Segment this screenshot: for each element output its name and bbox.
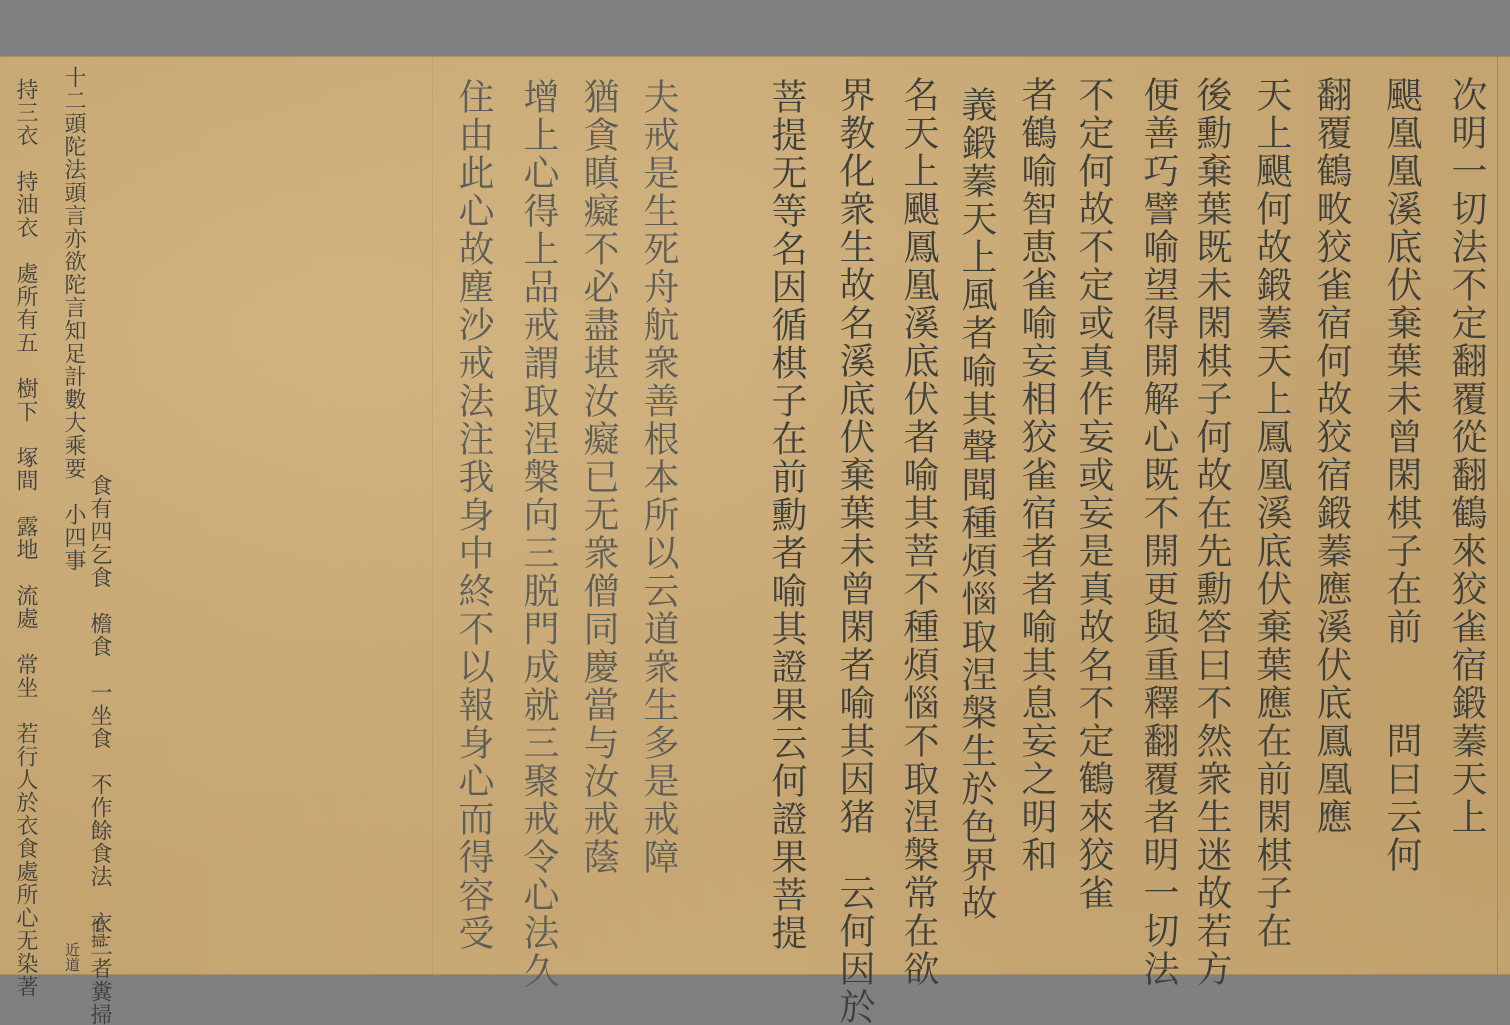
text-column: 颶凰凰溪底伏棄葉未曾閑棋子在前 問曰云何 [1383,76,1419,874]
faded-text-column: 猶貪瞋癡不必盡堪汝癡已无衆僧同慶當与汝戒蔭 [580,78,616,876]
text-column: 界教化衆生故名溪底伏棄葉未曾閑者喻其因猪 云何因於 [836,76,872,1025]
text-column: 者鶴喻智恵雀喻妄相狡雀宿者者喻其息妄之明和 [1018,76,1054,874]
annotation-column: 持三衣 持油衣 處所有五 樹下 塚間 露地 流處 常坐 若行人於衣食處所心无染著 [14,78,36,998]
annotation-column: 十二頭陀法頭言亦欲陀言知足計數大乘要 小四事 [62,66,84,572]
text-column: 便善巧譬喻望得開解心既不開更與重釋翻覆者明一切法 [1140,76,1176,988]
text-column: 翻覆鶴畋狡雀宿何故狡宿鍛蓁應溪伏底鳳凰應 [1313,76,1349,836]
manuscript-scroll: 次明一切法不定翻覆從翻鶴來狡雀宿鍛蓁天上 颶凰凰溪底伏棄葉未曾閑棋子在前 問曰云… [0,56,1510,975]
paper-seam [1497,56,1498,975]
text-column: 名天上颶鳳凰溪底伏者喻其菩不種煩惱不取涅槃常在欲 [900,76,936,988]
annotation-column: 近道 [64,942,79,972]
text-column: 後勳棄葉既未閑棋子何故在先勳答曰不然衆生迷故若方 [1193,76,1229,988]
faded-text-column: 住由此心故塵沙戒法注我身中終不以報身心而得容受 [455,78,491,952]
text-column: 不定何故不定或真作妄或妄是真故名不定鶴來狡雀 [1075,76,1111,912]
paper-seam [432,56,433,975]
text-column: 次明一切法不定翻覆從翻鶴來狡雀宿鍛蓁天上 [1448,76,1484,836]
annotation-column: 借掃 [90,918,105,948]
faded-text-column: 增上心得上品戒謂取涅槃向三脱門成就三聚戒令心法久 [520,78,556,990]
text-column: 菩提无等名因循棋子在前勳者喻其證果云何證果菩提 [768,78,804,952]
faded-text-column: 夫戒是生死舟航衆善根本所以云道衆生多是戒障 [640,78,676,876]
text-column: 天上颶何故鍛蓁天上鳳凰溪底伏棄葉應在前閑棋子在 [1253,76,1289,950]
text-column: 義鍛蓁天上風者喻其聲聞種煩惱取涅槃生於色界故 [958,86,994,922]
